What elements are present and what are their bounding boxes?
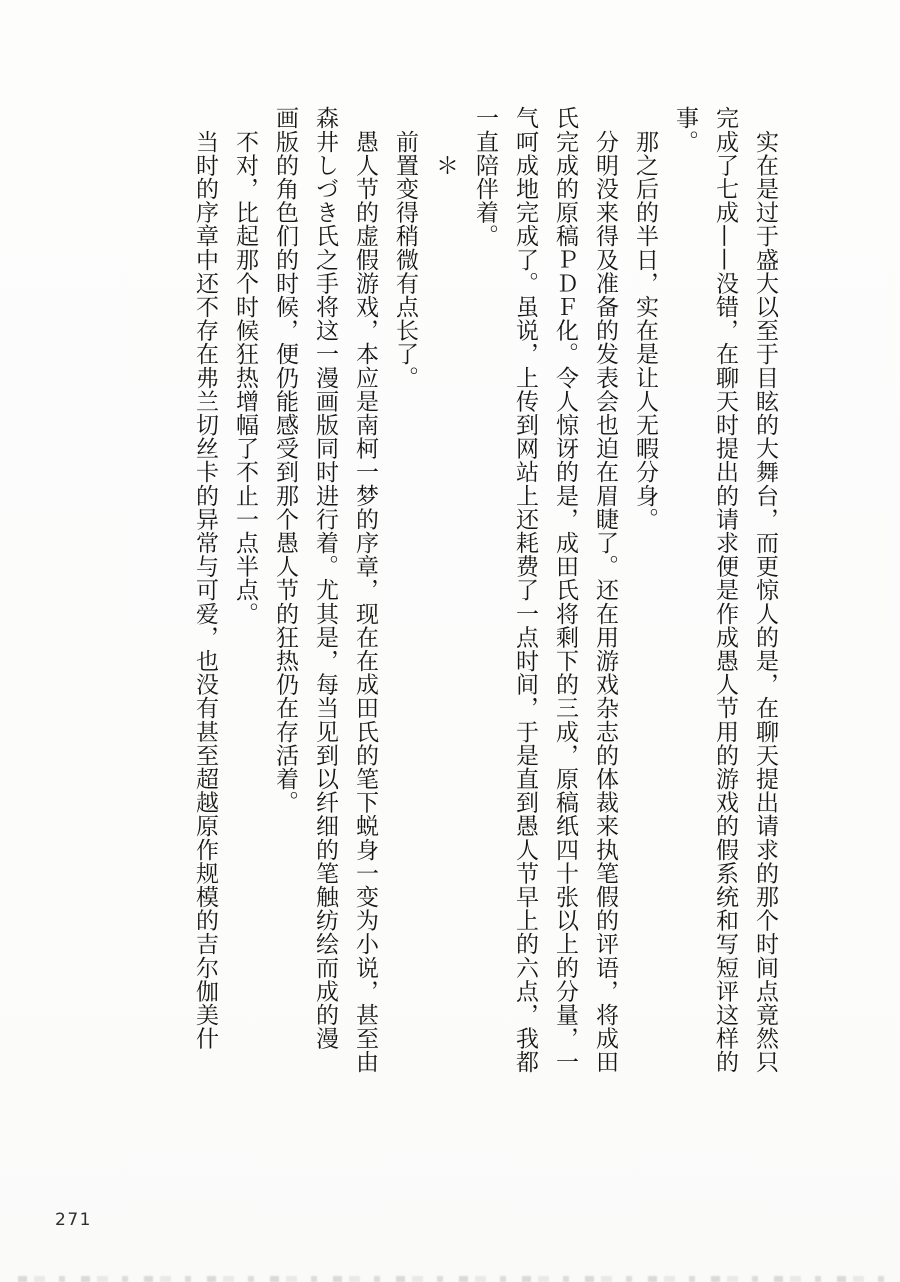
text-line: 那之后的半日，实在是让人无暇分身。 bbox=[625, 106, 665, 1081]
text-line: 气呵成地完成了。虽说，上传到网站上还耗费了一点时间，于是直到愚人节早上的六点，我… bbox=[505, 106, 545, 1081]
text-line: 当时的序章中还不存在弗兰切丝卡的异常与可爱，也没有甚至超越原作规模的吉尔伽美什 bbox=[185, 106, 225, 1081]
book-page: 实在是过于盛大以至于目眩的大舞台，而更惊人的是，在聊天提出请求的那个时间点竟然只… bbox=[0, 0, 900, 1282]
text-line: 森井しづき氏之手将这一漫画版同时进行着。尤其是，每当见到以纤细的笔触纺绘而成的漫 bbox=[305, 106, 345, 1081]
text-line: 实在是过于盛大以至于目眩的大舞台，而更惊人的是，在聊天提出请求的那个时间点竟然只 bbox=[745, 106, 785, 1081]
text-line: 完成了七成——没错，在聊天时提出的请求便是作成愚人节用的游戏的假系统和写短评这样… bbox=[705, 106, 745, 1081]
text-line: 一直陪伴着。 bbox=[465, 106, 505, 1081]
text-line: 愚人节的虚假游戏，本应是南柯一梦的序章，现在在成田氏的笔下蜕身一变为小说，甚至由 bbox=[345, 106, 385, 1081]
section-separator: ＊ bbox=[425, 106, 465, 1081]
text-line: 前置变得稍微有点长了。 bbox=[385, 106, 425, 1081]
vertical-text-block: 实在是过于盛大以至于目眩的大舞台，而更惊人的是，在聊天提出请求的那个时间点竟然只… bbox=[65, 106, 785, 1081]
text-line: 氏完成的原稿ＰＤＦ化。令人惊讶的是，成田氏将剩下的三成，原稿纸四十张以上的分量，… bbox=[545, 106, 585, 1081]
page-number: 271 bbox=[55, 1210, 92, 1230]
text-line: 画版的角色们的时候，便仍能感受到那个愚人节的狂热仍在存活着。 bbox=[265, 106, 305, 1081]
page-bleed-text bbox=[18, 1276, 886, 1282]
text-line: 事。 bbox=[665, 106, 705, 1081]
text-line: 不对，比起那个时候狂热增幅了不止一点半点。 bbox=[225, 106, 265, 1081]
text-line: 分明没来得及准备的发表会也迫在眉睫了。还在用游戏杂志的体裁来执笔假的评语，将成田 bbox=[585, 106, 625, 1081]
